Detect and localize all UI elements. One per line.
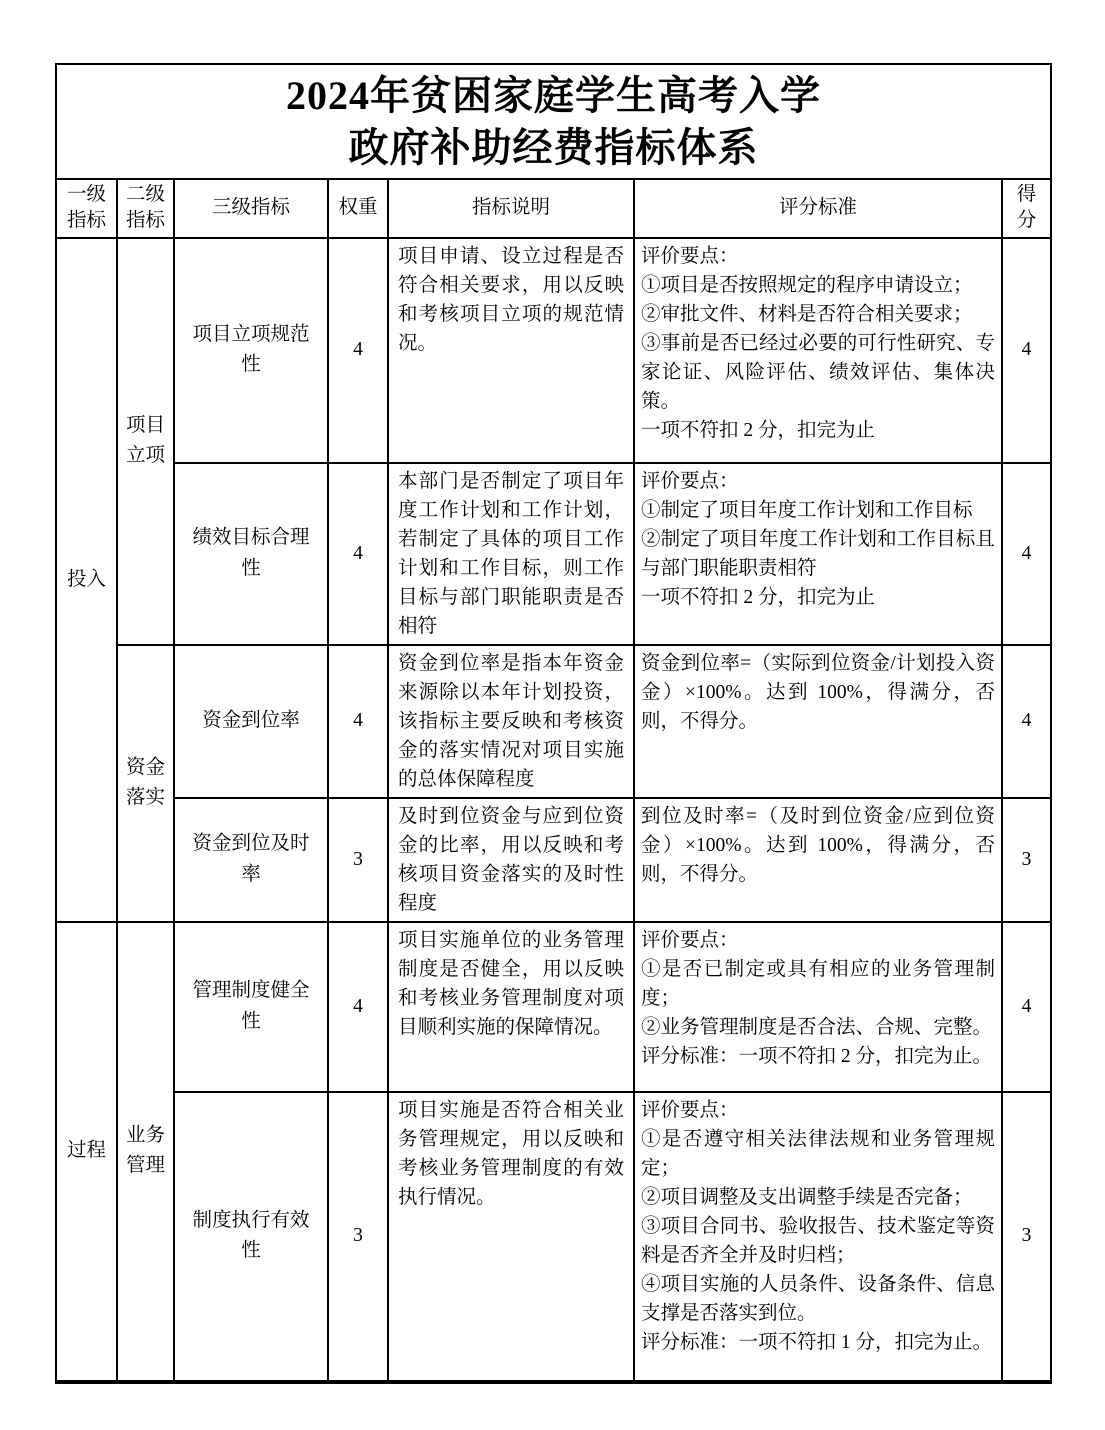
header-level1-indicator: 一级指标 bbox=[56, 179, 117, 238]
cell-weight: 3 bbox=[328, 1092, 388, 1382]
indicator-table: 2024年贫困家庭学生高考入学 政府补助经费指标体系 一级指标 二级指标 三级指… bbox=[55, 63, 1052, 1384]
cell-score: 4 bbox=[1002, 238, 1051, 463]
cell-level3-indicator: 项目立项规范性 bbox=[174, 238, 328, 463]
cell-weight: 3 bbox=[328, 798, 388, 922]
cell-level3-indicator: 绩效目标合理性 bbox=[174, 463, 328, 645]
cell-criteria: 评价要点： ①是否遵守相关法律法规和业务管理规定； ②项目调整及支出调整手续是否… bbox=[634, 1092, 1002, 1382]
cell-score: 4 bbox=[1002, 922, 1051, 1092]
cell-level2-fund-implementation: 资金落实 bbox=[117, 645, 174, 922]
header-description: 指标说明 bbox=[388, 179, 634, 238]
cell-weight: 4 bbox=[328, 922, 388, 1092]
cell-description: 资金到位率是指本年资金来源除以本年计划投资，该指标主要反映和考核资金的落实情况对… bbox=[388, 645, 634, 798]
cell-weight: 4 bbox=[328, 463, 388, 645]
table-row: 资金到位及时率 3 及时到位资金与应到位资金的比率，用以反映和考核项目资金落实的… bbox=[56, 798, 1051, 922]
cell-criteria: 到位及时率=（及时到位资金/应到位资金）×100%。达到 100%，得满分，否则… bbox=[634, 798, 1002, 922]
cell-level3-indicator: 资金到位率 bbox=[174, 645, 328, 798]
cell-description: 项目实施是否符合相关业务管理规定，用以反映和考核业务管理制度的有效执行情况。 bbox=[388, 1092, 634, 1382]
table-row: 过程 业务管理 管理制度健全性 4 项目实施单位的业务管理制度是否健全，用以反映… bbox=[56, 922, 1051, 1092]
cell-description: 项目实施单位的业务管理制度是否健全，用以反映和考核业务管理制度对项目顺利实施的保… bbox=[388, 922, 634, 1092]
cell-weight: 4 bbox=[328, 645, 388, 798]
cell-criteria: 资金到位率=（实际到位资金/计划投入资金）×100%。达到 100%，得满分，否… bbox=[634, 645, 1002, 798]
cell-description: 本部门是否制定了项目年度工作计划和工作计划，若制定了具体的项目工作计划和工作目标… bbox=[388, 463, 634, 645]
cell-level2-business-management: 业务管理 bbox=[117, 922, 174, 1382]
cell-level3-indicator: 制度执行有效性 bbox=[174, 1092, 328, 1382]
cell-level2-project-setup: 项目立项 bbox=[117, 238, 174, 645]
cell-criteria: 评价要点： ①项目是否按照规定的程序申请设立； ②审批文件、材料是否符合相关要求… bbox=[634, 238, 1002, 463]
cell-level1-process: 过程 bbox=[56, 922, 117, 1382]
document-title: 2024年贫困家庭学生高考入学 政府补助经费指标体系 bbox=[56, 64, 1051, 179]
cell-weight: 4 bbox=[328, 238, 388, 463]
table-row: 资金落实 资金到位率 4 资金到位率是指本年资金来源除以本年计划投资，该指标主要… bbox=[56, 645, 1051, 798]
document-page: 2024年贫困家庭学生高考入学 政府补助经费指标体系 一级指标 二级指标 三级指… bbox=[0, 0, 1105, 1430]
cell-score: 4 bbox=[1002, 463, 1051, 645]
header-criteria: 评分标准 bbox=[634, 179, 1002, 238]
title-row: 2024年贫困家庭学生高考入学 政府补助经费指标体系 bbox=[56, 64, 1051, 179]
table-row: 制度执行有效性 3 项目实施是否符合相关业务管理规定，用以反映和考核业务管理制度… bbox=[56, 1092, 1051, 1382]
cell-description: 项目申请、设立过程是否符合相关要求，用以反映和考核项目立项的规范情况。 bbox=[388, 238, 634, 463]
cell-score: 4 bbox=[1002, 645, 1051, 798]
cell-description: 及时到位资金与应到位资金的比率，用以反映和考核项目资金落实的及时性程度 bbox=[388, 798, 634, 922]
header-row: 一级指标 二级指标 三级指标 权重 指标说明 评分标准 得分 bbox=[56, 179, 1051, 238]
title-line-1: 2024年贫困家庭学生高考入学 bbox=[57, 70, 1050, 122]
table-row: 投入 项目立项 项目立项规范性 4 项目申请、设立过程是否符合相关要求，用以反映… bbox=[56, 238, 1051, 463]
header-level3-indicator: 三级指标 bbox=[174, 179, 328, 238]
cell-level3-indicator: 管理制度健全性 bbox=[174, 922, 328, 1092]
cell-score: 3 bbox=[1002, 798, 1051, 922]
cell-level1-input: 投入 bbox=[56, 238, 117, 922]
header-level2-indicator: 二级指标 bbox=[117, 179, 174, 238]
title-line-2: 政府补助经费指标体系 bbox=[57, 122, 1050, 174]
table-row: 绩效目标合理性 4 本部门是否制定了项目年度工作计划和工作计划，若制定了具体的项… bbox=[56, 463, 1051, 645]
cell-criteria: 评价要点： ①制定了项目年度工作计划和工作目标 ②制定了项目年度工作计划和工作目… bbox=[634, 463, 1002, 645]
cell-score: 3 bbox=[1002, 1092, 1051, 1382]
cell-level3-indicator: 资金到位及时率 bbox=[174, 798, 328, 922]
header-score: 得分 bbox=[1002, 179, 1051, 238]
header-weight: 权重 bbox=[328, 179, 388, 238]
cell-criteria: 评价要点： ①是否已制定或具有相应的业务管理制度； ②业务管理制度是否合法、合规… bbox=[634, 922, 1002, 1092]
